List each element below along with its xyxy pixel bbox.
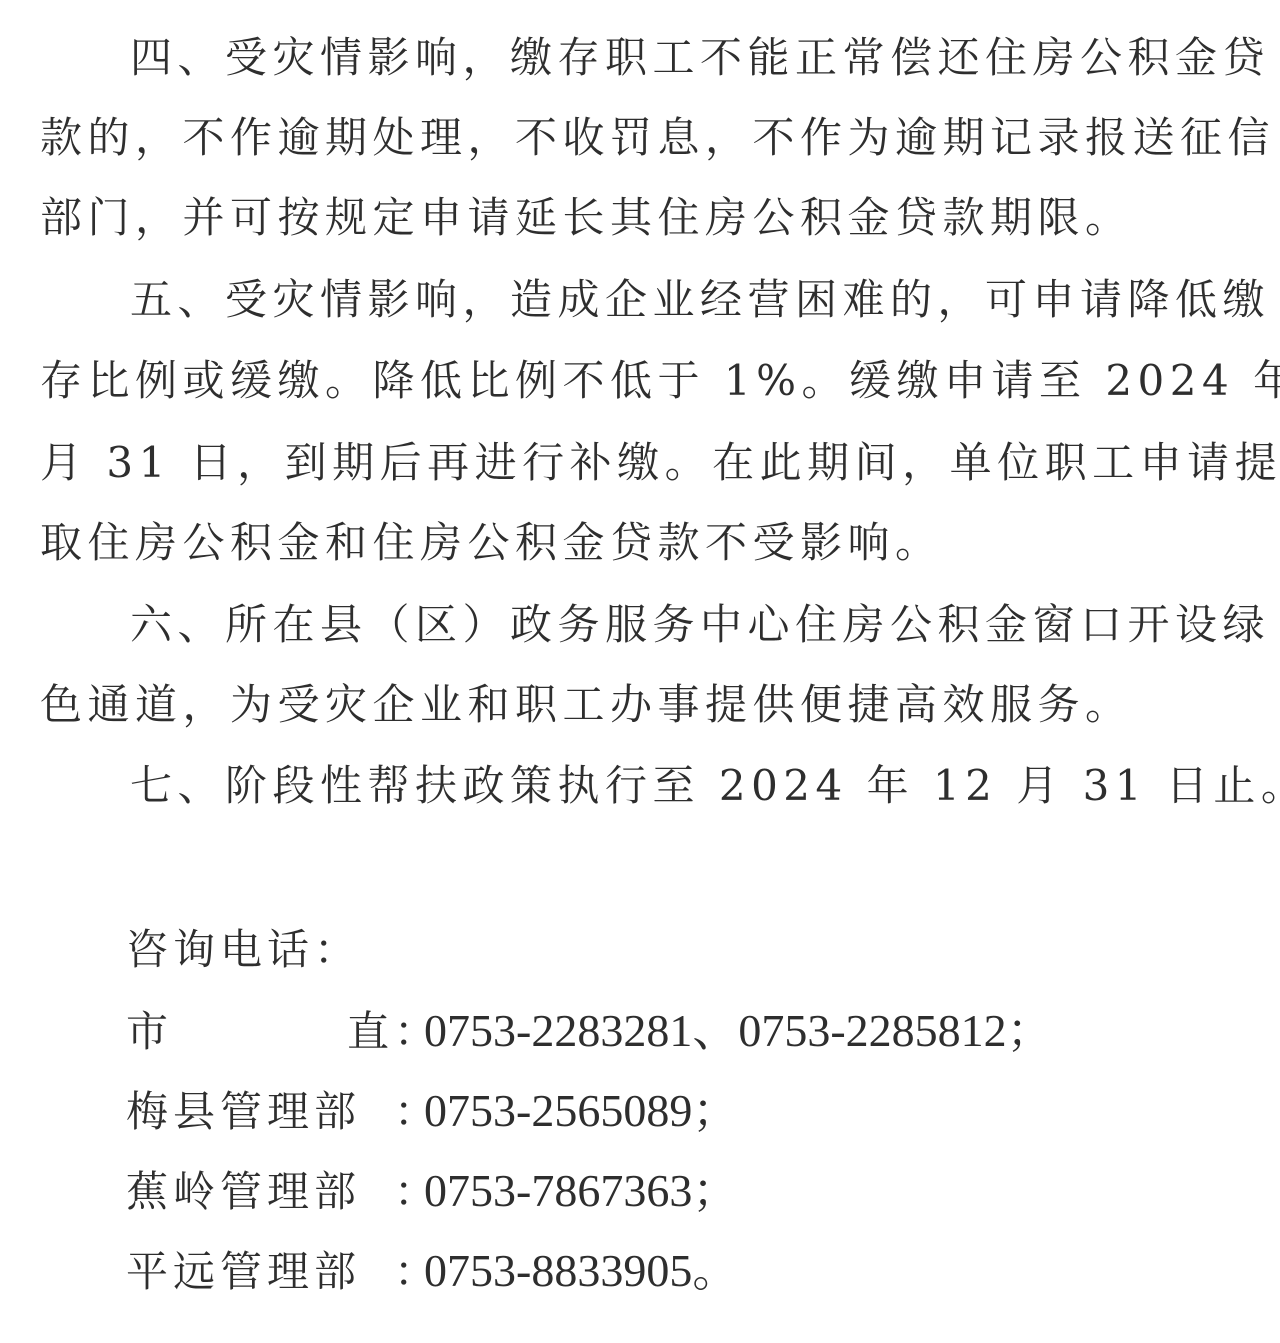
contact-row-city: 市直：0753-2283281、0753-2285812； xyxy=(126,1003,1053,1059)
paragraph-4-line-3: 部门，并可按规定申请延长其住房公积金贷款期限。 xyxy=(40,190,1230,246)
paragraph-5-line-4: 取住房公积金和住房公积金贷款不受影响。 xyxy=(40,515,1230,571)
contact-label: 梅县管理部 xyxy=(126,1084,394,1140)
contact-colon: ： xyxy=(394,1164,424,1220)
contact-heading: 咨询电话： xyxy=(126,922,361,978)
paragraph-4-line-1: 四、受灾情影响，缴存职工不能正常偿还住房公积金贷 xyxy=(130,30,1230,86)
paragraph-7-line-1: 七、阶段性帮扶政策执行至 2024 年 12 月 31 日止。 xyxy=(130,758,1230,814)
contact-colon: ： xyxy=(394,1084,424,1140)
contact-label: 市直 xyxy=(126,1004,394,1060)
contact-row-jiaoling: 蕉岭管理部：0753-7867363； xyxy=(126,1163,738,1219)
contact-row-pingyuan: 平远管理部：0753-8833905。 xyxy=(126,1243,738,1299)
contact-colon: ： xyxy=(394,1004,424,1060)
contact-label: 蕉岭管理部 xyxy=(126,1164,394,1220)
paragraph-5-line-1: 五、受灾情影响，造成企业经营困难的，可申请降低缴 xyxy=(130,272,1230,328)
contact-phone-numbers: 0753-2283281、0753-2285812； xyxy=(424,1005,1053,1056)
contact-row-meixian: 梅县管理部：0753-2565089； xyxy=(126,1083,738,1139)
paragraph-5-line-3: 月 31 日，到期后再进行补缴。在此期间，单位职工申请提 xyxy=(40,435,1230,491)
document-page: 四、受灾情影响，缴存职工不能正常偿还住房公积金贷 款的，不作逾期处理，不收罚息，… xyxy=(0,0,1280,1343)
paragraph-5-line-2: 存比例或缓缴。降低比例不低于 1%。缓缴申请至 2024 年 12 xyxy=(40,353,1230,409)
contact-label: 平远管理部 xyxy=(126,1244,394,1300)
paragraph-6-line-1: 六、所在县（区）政务服务中心住房公积金窗口开设绿 xyxy=(130,597,1230,653)
paragraph-6-line-2: 色通道，为受灾企业和职工办事提供便捷高效服务。 xyxy=(40,677,1230,733)
contact-phone-numbers: 0753-8833905。 xyxy=(424,1245,738,1296)
paragraph-4-line-2: 款的，不作逾期处理，不收罚息，不作为逾期记录报送征信 xyxy=(40,110,1230,166)
contact-phone-numbers: 0753-2565089； xyxy=(424,1085,738,1136)
contact-phone-numbers: 0753-7867363； xyxy=(424,1165,738,1216)
contact-colon: ： xyxy=(394,1244,424,1300)
